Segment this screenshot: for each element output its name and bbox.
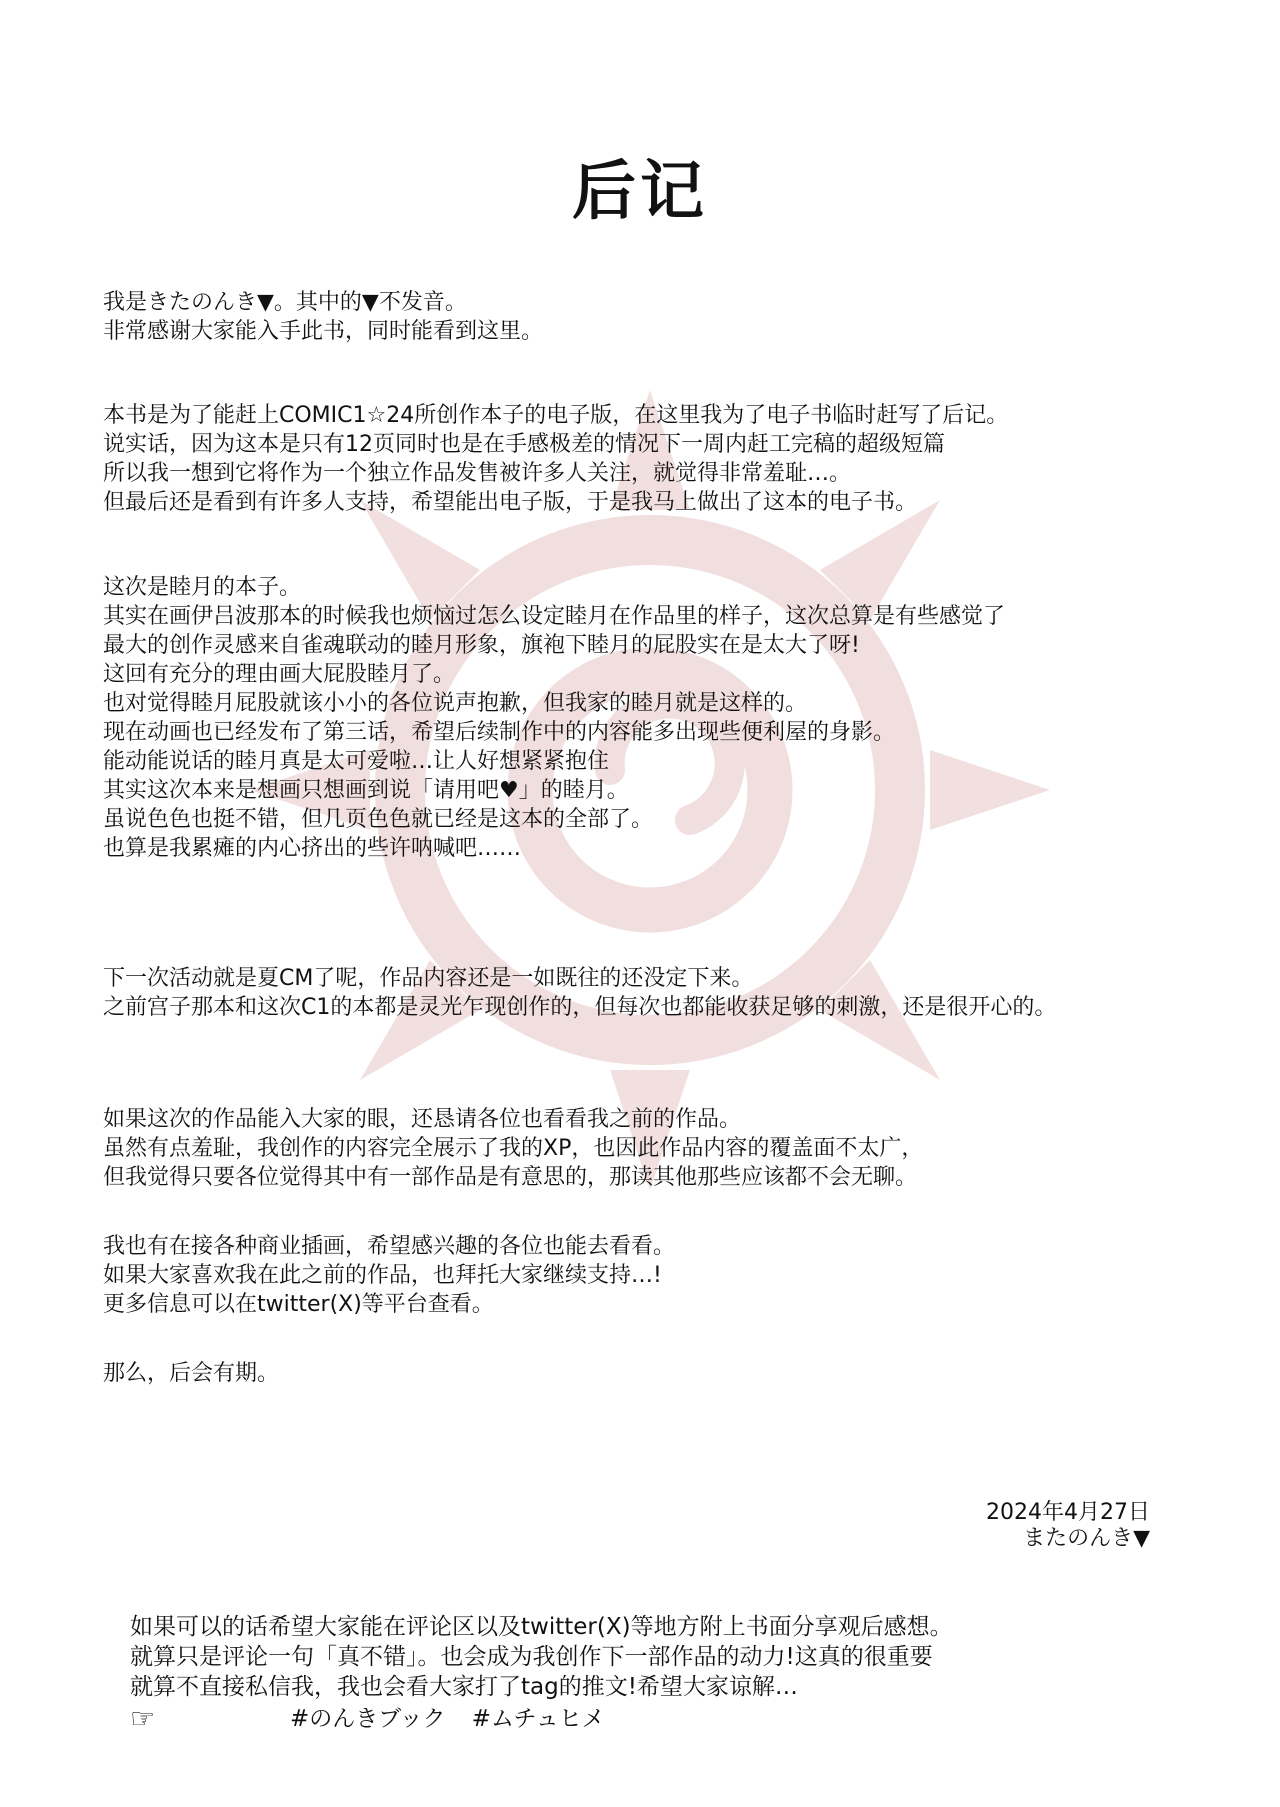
text-line: 如果可以的话希望大家能在评论区以及twitter(X)等地方附上书面分享观后感想… [130, 1612, 953, 1642]
signature-date: 2024年4月27日 [986, 1500, 1150, 1526]
text-line: 就算只是评论一句「真不错」。也会成为我创作下一部作品的动力!这真的很重要 [130, 1642, 953, 1672]
pointing-hand-icon: ☞ [130, 1704, 290, 1734]
text-line: 就算不直接私信我，我也会看大家打了tag的推文!希望大家谅解… [130, 1672, 953, 1702]
text-line: 非常感谢大家能入手此书，同时能看到这里。 [103, 317, 543, 346]
paragraph-farewell: 那么，后会有期。 [103, 1359, 279, 1388]
paragraph-next-event: 下一次活动就是夏CM了呢，作品内容还是一如既往的还没定下来。 之前宫子那本和这次… [103, 964, 1056, 1022]
hashtag: #のんきブック [290, 1704, 446, 1734]
text-line: 其实这次本来是想画只想画到说「请用吧♥」的睦月。 [103, 776, 1005, 805]
paragraph-mutsuki: 这次是睦月的本子。 其实在画伊吕波那本的时候我也烦恼过怎么设定睦月在作品里的样子… [103, 573, 1005, 863]
text-line: 之前宫子那本和这次C1的本都是灵光乍现创作的，但每次也都能收获足够的刺激，还是很… [103, 993, 1056, 1022]
text-line: 其实在画伊吕波那本的时候我也烦恼过怎么设定睦月在作品里的样子，这次总算是有些感觉… [103, 602, 1005, 631]
text-line: 这回有充分的理由画大屁股睦月了。 [103, 660, 1005, 689]
text-line: 那么，后会有期。 [103, 1359, 279, 1388]
text-line: 这次是睦月的本子。 [103, 573, 1005, 602]
paragraph-intro: 我是きたのんき▼。其中的▼不发音。 非常感谢大家能入手此书，同时能看到这里。 [103, 288, 543, 346]
text-line: 所以我一想到它将作为一个独立作品发售被许多人关注，就觉得非常羞耻…。 [103, 459, 1008, 488]
paragraph-commissions: 我也有在接各种商业插画，希望感兴趣的各位也能去看看。 如果大家喜欢我在此之前的作… [103, 1232, 675, 1319]
paragraph-previous-works: 如果这次的作品能入大家的眼，还恳请各位也看看我之前的作品。 虽然有点羞耻，我创作… [103, 1105, 923, 1192]
text-line: 虽然有点羞耻，我创作的内容完全展示了我的XP，也因此作品内容的覆盖面不太广， [103, 1134, 923, 1163]
paragraph-about-book: 本书是为了能赶上COMIC1☆24所创作本子的电子版，在这里我为了电子书临时赶写… [103, 401, 1008, 517]
text-line: 现在动画也已经发布了第三话，希望后续制作中的内容能多出现些便利屋的身影。 [103, 718, 1005, 747]
text-line: 但最后还是看到有许多人支持，希望能出电子版，于是我马上做出了这本的电子书。 [103, 488, 1008, 517]
text-line: 能动能说话的睦月真是太可爱啦…让人好想紧紧抱住 [103, 747, 1005, 776]
text-line: 也对觉得睦月屁股就该小小的各位说声抱歉，但我家的睦月就是这样的。 [103, 689, 1005, 718]
text-line: 虽说色色也挺不错，但几页色色就已经是这本的全部了。 [103, 805, 1005, 834]
footer-note: 如果可以的话希望大家能在评论区以及twitter(X)等地方附上书面分享观后感想… [130, 1612, 953, 1734]
text-line: 如果这次的作品能入大家的眼，还恳请各位也看看我之前的作品。 [103, 1105, 923, 1134]
text-line: 我是きたのんき▼。其中的▼不发音。 [103, 288, 543, 317]
text-line: 如果大家喜欢我在此之前的作品，也拜托大家继续支持…! [103, 1261, 675, 1290]
text-line: 最大的创作灵感来自雀魂联动的睦月形象，旗袍下睦月的屁股实在是太大了呀! [103, 631, 1005, 660]
page-title: 后记 [0, 140, 1280, 232]
text-line: 本书是为了能赶上COMIC1☆24所创作本子的电子版，在这里我为了电子书临时赶写… [103, 401, 1008, 430]
text-line: 说实话，因为这本是只有12页同时也是在手感极差的情况下一周内赶工完稿的超级短篇 [103, 430, 1008, 459]
signature-author: またのんき▼ [986, 1526, 1150, 1552]
text-line: 更多信息可以在twitter(X)等平台查看。 [103, 1290, 675, 1319]
text-line: 也算是我累瘫的内心挤出的些许呐喊吧…… [103, 834, 1005, 863]
signature: 2024年4月27日 またのんき▼ [986, 1500, 1150, 1552]
hashtag-row: ☞ #のんきブック #ムチュヒメ [130, 1704, 953, 1734]
text-line: 下一次活动就是夏CM了呢，作品内容还是一如既往的还没定下来。 [103, 964, 1056, 993]
afterword-page: 后记 我是きたのんき▼。其中的▼不发音。 非常感谢大家能入手此书，同时能看到这里… [0, 0, 1280, 1807]
text-line: 但我觉得只要各位觉得其中有一部作品是有意思的，那读其他那些应该都不会无聊。 [103, 1163, 923, 1192]
text-line: 我也有在接各种商业插画，希望感兴趣的各位也能去看看。 [103, 1232, 675, 1261]
hashtag: #ムチュヒメ [472, 1704, 605, 1734]
